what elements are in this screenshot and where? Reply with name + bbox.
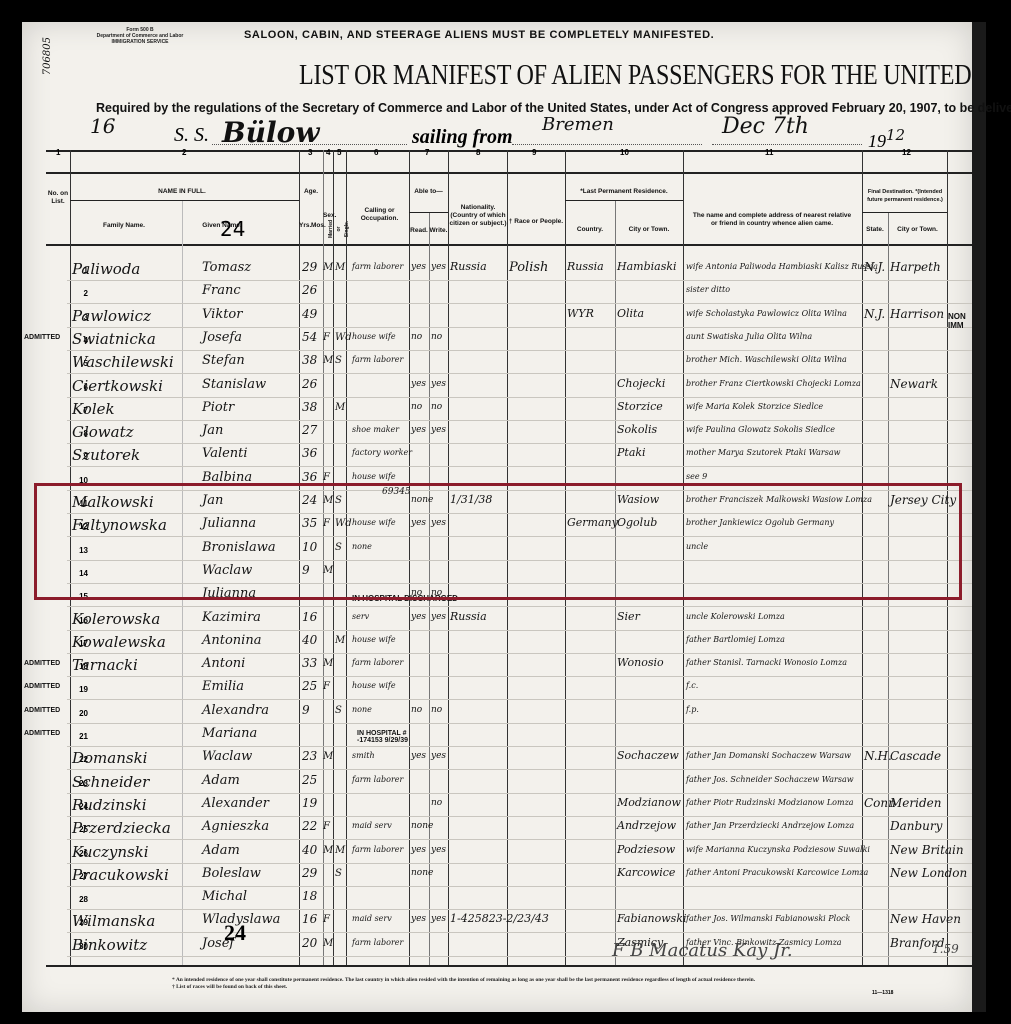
header-married-single: Married or Single. bbox=[327, 219, 351, 239]
marital-status: Wd bbox=[335, 332, 352, 343]
row-rule bbox=[67, 839, 972, 840]
family-name: Waschilewski bbox=[72, 353, 174, 371]
dest-city: New Britain bbox=[890, 843, 964, 857]
can-read: no bbox=[411, 402, 422, 412]
given-name: Antoni bbox=[202, 656, 245, 671]
can-write: no bbox=[431, 332, 442, 342]
occupation: factory worker bbox=[352, 448, 412, 457]
row-number: 28 bbox=[62, 895, 88, 904]
hospital-stamp: IN HOSPITAL # -174153 9/29/39 bbox=[357, 730, 417, 744]
occupation: serv bbox=[352, 612, 369, 621]
row-rule bbox=[67, 793, 972, 794]
can-read: yes bbox=[411, 262, 426, 272]
can-write: no bbox=[431, 402, 442, 412]
dest-state: N.J. bbox=[864, 307, 885, 321]
can-write: yes bbox=[431, 379, 446, 389]
occupation: farm laborer bbox=[352, 658, 403, 667]
nearest-relative: uncle Kolerowski Lomza bbox=[686, 612, 785, 621]
can-read: no bbox=[411, 705, 422, 715]
family-name: Glowatz bbox=[72, 423, 134, 441]
can-write: yes bbox=[431, 262, 446, 272]
row-rule bbox=[67, 466, 972, 467]
rule bbox=[409, 212, 448, 213]
nearest-relative: see 9 bbox=[686, 472, 707, 481]
nearest-relative: wife Antonia Paliwoda Hambiaski Kalisz R… bbox=[686, 262, 878, 271]
sheet-number: 16 bbox=[90, 114, 115, 138]
row-rule bbox=[67, 676, 972, 677]
nearest-relative: f.p. bbox=[686, 705, 699, 714]
dest-city: Cascade bbox=[890, 749, 941, 763]
row-rule bbox=[67, 723, 972, 724]
occupation: maid serv bbox=[352, 914, 392, 923]
can-read: yes bbox=[411, 379, 426, 389]
manifest-sheet: Form 500 B Department of Commerce and La… bbox=[22, 22, 986, 1012]
family-name: Domanski bbox=[72, 749, 147, 767]
status-stamp: ADMITTED bbox=[24, 334, 60, 341]
age: 38 bbox=[302, 400, 317, 414]
sex: F bbox=[323, 681, 330, 692]
marital-status: S bbox=[335, 355, 342, 366]
can-write: yes bbox=[431, 751, 446, 761]
can-write: yes bbox=[431, 425, 446, 435]
residence-city: Sochaczew bbox=[617, 749, 679, 762]
can-read: none bbox=[411, 868, 433, 878]
dest-city: New London bbox=[890, 866, 967, 880]
regulation-text: Required by the regulations of the Secre… bbox=[96, 101, 1011, 115]
nationality: Russia bbox=[450, 610, 487, 623]
dest-city: Harpeth bbox=[890, 260, 941, 274]
given-name: Michal bbox=[202, 889, 247, 904]
dest-state: N.H. bbox=[864, 749, 892, 763]
occupation: house wife bbox=[352, 635, 396, 644]
nearest-relative: father Antoni Pracukowski Karcowice Lomz… bbox=[686, 868, 868, 877]
given-name: Franc bbox=[202, 283, 241, 298]
ss-label: S. S. bbox=[174, 124, 209, 147]
family-name: Kolek bbox=[72, 400, 115, 418]
header-mos: Mos. bbox=[311, 222, 323, 230]
age: 27 bbox=[302, 423, 317, 437]
year: 1912 bbox=[868, 126, 905, 152]
sex: M bbox=[323, 938, 333, 949]
footnote-2: † List of races will be found on back of… bbox=[172, 984, 755, 991]
age: 9 bbox=[302, 703, 310, 717]
can-write: no bbox=[431, 705, 442, 715]
marital-status: S bbox=[335, 868, 342, 879]
age: 16 bbox=[302, 610, 317, 624]
header-nationality: Nationality. (Country of which citizen o… bbox=[449, 204, 507, 228]
row-rule bbox=[67, 699, 972, 700]
residence-city: Fabianowski bbox=[617, 912, 687, 925]
age: 22 bbox=[302, 819, 317, 833]
residence-city: Hambiaski bbox=[617, 260, 677, 273]
given-name: Kazimira bbox=[202, 610, 261, 625]
family-name: Tarnacki bbox=[72, 656, 138, 674]
header-city-town: City or Town. bbox=[615, 226, 683, 234]
residence-city: Modzianow bbox=[617, 796, 681, 809]
year-suffix: 12 bbox=[886, 126, 905, 144]
given-name: Alexandra bbox=[202, 703, 269, 718]
residence-country: Russia bbox=[567, 260, 604, 273]
row-rule bbox=[67, 909, 972, 910]
family-name: Kuczynski bbox=[72, 843, 149, 861]
header-dest-city: City or Town. bbox=[888, 226, 947, 234]
highlight-box-family bbox=[34, 483, 962, 600]
row-rule bbox=[67, 886, 972, 887]
port-line bbox=[512, 144, 702, 145]
can-read: none bbox=[411, 821, 433, 831]
nearest-relative: father Stanisl. Tarnacki Wonosio Lomza bbox=[686, 658, 847, 667]
header-relative: The name and complete address of nearest… bbox=[692, 212, 852, 228]
nearest-relative: brother Mich. Waschilewski Olita Wilna bbox=[686, 355, 847, 364]
nationality: 1-425823-2/23/43 bbox=[450, 912, 549, 925]
given-name: Jan bbox=[202, 423, 223, 438]
date-line bbox=[712, 144, 862, 145]
header-last-residence: *Last Permanent Residence. bbox=[565, 188, 683, 196]
nearest-relative: wife Marianna Kuczynska Podziesow Suwalk… bbox=[686, 845, 870, 854]
family-name: Schneider bbox=[72, 773, 149, 791]
form-id: Form 500 B Department of Commerce and La… bbox=[85, 27, 195, 45]
nearest-relative: f.c. bbox=[686, 681, 698, 690]
given-name: Valenti bbox=[202, 446, 248, 461]
col-number: 9 bbox=[532, 148, 536, 157]
dest-city: Meriden bbox=[890, 796, 941, 810]
age: 20 bbox=[302, 936, 317, 950]
residence-city: Andrzejow bbox=[617, 819, 676, 832]
residence-city: Sier bbox=[617, 610, 640, 623]
can-read: yes bbox=[411, 914, 426, 924]
age: 33 bbox=[302, 656, 317, 670]
nationality: Russia bbox=[450, 260, 487, 273]
dest-city: Harrison bbox=[890, 307, 944, 321]
form-code: 11—1318 bbox=[872, 990, 893, 996]
dest-city: Danbury bbox=[890, 819, 942, 833]
can-write: yes bbox=[431, 612, 446, 622]
marital-status: M bbox=[335, 402, 345, 413]
sex: M bbox=[323, 262, 333, 273]
header-able-to: Able to— bbox=[409, 188, 448, 196]
row-rule bbox=[67, 350, 972, 351]
nearest-relative: wife Maria Kolek Storzice Siedlce bbox=[686, 402, 823, 411]
age: 54 bbox=[302, 330, 317, 344]
footnote-1: * An intended residence of one year shal… bbox=[172, 977, 755, 984]
can-write: yes bbox=[431, 914, 446, 924]
page-title: LIST OR MANIFEST OF ALIEN PASSENGERS FOR… bbox=[299, 60, 971, 92]
given-name: Piotr bbox=[202, 400, 234, 415]
marital-status: S bbox=[335, 705, 342, 716]
residence-city: Olita bbox=[617, 307, 644, 320]
family-name: Pracukowski bbox=[72, 866, 169, 884]
age: 23 bbox=[302, 749, 317, 763]
can-read: no bbox=[411, 332, 422, 342]
family-name: Swiatnicka bbox=[72, 330, 156, 348]
residence-country: WYR bbox=[567, 307, 594, 320]
row-rule bbox=[67, 956, 972, 957]
header-race: † Race or People. bbox=[508, 218, 564, 226]
port: Bremen bbox=[542, 114, 614, 135]
given-name: Alexander bbox=[202, 796, 269, 811]
sex: M bbox=[323, 751, 333, 762]
sex: F bbox=[323, 472, 330, 483]
col-number: 2 bbox=[182, 148, 186, 157]
row-rule bbox=[67, 373, 972, 374]
nearest-relative: brother Franz Ciertkowski Chojecki Lomza bbox=[686, 379, 861, 388]
col-number: 7 bbox=[425, 148, 429, 157]
age: 36 bbox=[302, 446, 317, 460]
nearest-relative: wife Scholastyka Pawlowicz Olita Wilna bbox=[686, 309, 847, 318]
nearest-relative: father Bartlomiej Lomza bbox=[686, 635, 785, 644]
row-rule bbox=[67, 443, 972, 444]
col-number: 8 bbox=[476, 148, 480, 157]
occupation: none bbox=[352, 705, 372, 714]
row-rule bbox=[67, 327, 972, 328]
header-final-destination: Final Destination. *(Intended future per… bbox=[864, 188, 946, 204]
header-write: Write. bbox=[429, 227, 448, 235]
header-no-on-list: No. on List. bbox=[46, 190, 70, 206]
col-number: 3 bbox=[308, 148, 312, 157]
age: 16 bbox=[302, 912, 317, 926]
header-count: 24 bbox=[220, 217, 245, 241]
nearest-relative: father Jan Domanski Sochaczew Warsaw bbox=[686, 751, 851, 760]
row-rule bbox=[67, 420, 972, 421]
age: 26 bbox=[302, 283, 317, 297]
header-family-name: Family Name. bbox=[84, 222, 164, 230]
marital-status: M bbox=[335, 845, 345, 856]
sex: M bbox=[323, 845, 333, 856]
status-stamp: ADMITTED bbox=[24, 660, 60, 667]
dest-city: Newark bbox=[890, 377, 938, 391]
age: 36 bbox=[302, 470, 317, 484]
occupation: house wife bbox=[352, 332, 396, 341]
occupation: house wife bbox=[352, 472, 396, 481]
non-immigrant-stamp: NON IMM bbox=[948, 312, 972, 330]
header-read: Read. bbox=[409, 227, 429, 235]
age: 19 bbox=[302, 796, 317, 810]
sailing-from-label: sailing from bbox=[412, 126, 513, 149]
row-rule bbox=[67, 303, 972, 304]
given-name: Adam bbox=[202, 843, 240, 858]
race: Polish bbox=[509, 260, 548, 275]
age: 49 bbox=[302, 307, 317, 321]
occupation: house wife bbox=[352, 681, 396, 690]
row-rule bbox=[67, 932, 972, 933]
occupation: farm laborer bbox=[352, 355, 403, 364]
age: 25 bbox=[302, 773, 317, 787]
given-name: Mariana bbox=[202, 726, 257, 741]
sex: M bbox=[323, 658, 333, 669]
age: 26 bbox=[302, 377, 317, 391]
family-name: Wilmanska bbox=[72, 912, 155, 930]
rule bbox=[862, 212, 947, 213]
residence-city: Sokolis bbox=[617, 423, 657, 436]
sex: F bbox=[323, 821, 330, 832]
col-number: 1 bbox=[56, 148, 60, 157]
ship-line bbox=[212, 144, 407, 145]
header-yrs: Yrs. bbox=[299, 222, 311, 230]
status-stamp: ADMITTED bbox=[24, 683, 60, 690]
given-name: Adam bbox=[202, 773, 240, 788]
can-read: yes bbox=[411, 612, 426, 622]
nearest-relative: father Jos. Wilmanski Fabianowski Plock bbox=[686, 914, 850, 923]
header-country: Country. bbox=[565, 226, 615, 234]
age: 25 bbox=[302, 679, 317, 693]
residence-city: Wonosio bbox=[617, 656, 664, 669]
age: 38 bbox=[302, 353, 317, 367]
nearest-relative: father Jos. Schneider Sochaczew Warsaw bbox=[686, 775, 854, 784]
family-name: Binkowitz bbox=[72, 936, 147, 954]
residence-city: Chojecki bbox=[617, 377, 665, 390]
given-name: Stanislaw bbox=[202, 377, 266, 392]
occupation: farm laborer bbox=[352, 938, 403, 947]
row-rule bbox=[67, 653, 972, 654]
row-number: 2 bbox=[62, 289, 88, 298]
family-name: Kolerowska bbox=[72, 610, 160, 628]
age: 18 bbox=[302, 889, 317, 903]
dest-city: New Haven bbox=[890, 912, 961, 926]
can-write: no bbox=[431, 798, 442, 808]
dest-state: N.J. bbox=[864, 260, 885, 274]
row-number: 21 bbox=[62, 732, 88, 741]
signature: F B Macatus Kay Jr. bbox=[612, 940, 793, 961]
family-name: Kowalewska bbox=[72, 633, 166, 651]
row-number: 19 bbox=[62, 685, 88, 694]
given-name: Viktor bbox=[202, 307, 242, 322]
occupation: farm laborer bbox=[352, 775, 403, 784]
row-number: 20 bbox=[62, 709, 88, 718]
signature-page: 1.59 bbox=[932, 942, 959, 956]
given-name: Agnieszka bbox=[202, 819, 269, 834]
nearest-relative: sister ditto bbox=[686, 285, 730, 294]
row-rule bbox=[67, 863, 972, 864]
can-read: yes bbox=[411, 751, 426, 761]
family-name: Szutorek bbox=[72, 446, 140, 464]
row-rule bbox=[67, 769, 972, 770]
residence-city: Storzice bbox=[617, 400, 663, 413]
col-number: 10 bbox=[620, 148, 629, 157]
row-rule bbox=[67, 746, 972, 747]
status-stamp: ADMITTED bbox=[24, 730, 60, 737]
row-rule bbox=[67, 397, 972, 398]
date: Dec 7th bbox=[722, 114, 809, 139]
residence-city: Podziesow bbox=[617, 843, 675, 856]
family-name: Paliwoda bbox=[72, 260, 140, 278]
family-name: Rudzinski bbox=[72, 796, 147, 814]
row-rule bbox=[67, 630, 972, 631]
sex: F bbox=[323, 914, 330, 925]
given-name: Boleslaw bbox=[202, 866, 261, 881]
given-name: Stefan bbox=[202, 353, 245, 368]
margin-note: 706805 bbox=[42, 37, 53, 75]
header-name-in-full: NAME IN FULL. bbox=[122, 188, 242, 196]
sex: M bbox=[323, 355, 333, 366]
nearest-relative: wife Paulina Glowatz Sokolis Siedlce bbox=[686, 425, 835, 434]
row-rule bbox=[67, 606, 972, 607]
occupation: smith bbox=[352, 751, 375, 760]
residence-city: Ptaki bbox=[617, 446, 646, 459]
footnotes: * An intended residence of one year shal… bbox=[172, 977, 755, 991]
occupation: farm laborer bbox=[352, 845, 403, 854]
age: 40 bbox=[302, 633, 317, 647]
occupation: farm laborer bbox=[352, 262, 403, 271]
year-prefix: 19 bbox=[868, 131, 886, 151]
rule bbox=[70, 200, 299, 201]
marital-status: M bbox=[335, 635, 345, 646]
family-name: Przerdziecka bbox=[72, 819, 171, 837]
family-name: Pawlowicz bbox=[72, 307, 151, 325]
occupation: maid serv bbox=[352, 821, 392, 830]
col-number: 11 bbox=[765, 148, 773, 157]
age: 40 bbox=[302, 843, 317, 857]
marital-status: M bbox=[335, 262, 345, 273]
rule bbox=[565, 200, 683, 201]
given-name: Josefa bbox=[202, 330, 242, 345]
status-stamp: ADMITTED bbox=[24, 707, 60, 714]
given-name: Waclaw bbox=[202, 749, 252, 764]
nearest-relative: father Piotr Rudzinski Modzianow Lomza bbox=[686, 798, 854, 807]
rule bbox=[46, 244, 972, 246]
header-age: Age. bbox=[299, 188, 323, 196]
total-count: 24 bbox=[224, 920, 246, 946]
occupation: shoe maker bbox=[352, 425, 399, 434]
col-number: 5 bbox=[337, 148, 341, 157]
banner: SALOON, CABIN, AND STEERAGE ALIENS MUST … bbox=[244, 29, 714, 41]
row-rule bbox=[67, 816, 972, 817]
header-calling: Calling or Occupation. bbox=[352, 207, 407, 223]
rule bbox=[46, 172, 972, 174]
can-write: yes bbox=[431, 845, 446, 855]
given-name: Tomasz bbox=[202, 260, 251, 275]
nearest-relative: aunt Swatiska Julia Olita Wilna bbox=[686, 332, 812, 341]
family-name: Ciertkowski bbox=[72, 377, 163, 395]
col-number: 4 bbox=[326, 148, 330, 157]
rule bbox=[46, 965, 972, 967]
can-read: yes bbox=[411, 845, 426, 855]
residence-city: Karcowice bbox=[617, 866, 675, 879]
col-number: 6 bbox=[374, 148, 378, 157]
nearest-relative: father Jan Przerdziecki Andrzejow Lomza bbox=[686, 821, 854, 830]
sex: F bbox=[323, 332, 330, 343]
col-number: 12 bbox=[902, 148, 911, 157]
header-state: State. bbox=[862, 226, 888, 234]
age: 29 bbox=[302, 260, 317, 274]
age: 29 bbox=[302, 866, 317, 880]
given-name: Antonina bbox=[202, 633, 261, 648]
row-rule bbox=[67, 280, 972, 281]
given-name: Emilia bbox=[202, 679, 244, 694]
can-read: yes bbox=[411, 425, 426, 435]
nearest-relative: mother Marya Szutorek Ptaki Warsaw bbox=[686, 448, 840, 457]
